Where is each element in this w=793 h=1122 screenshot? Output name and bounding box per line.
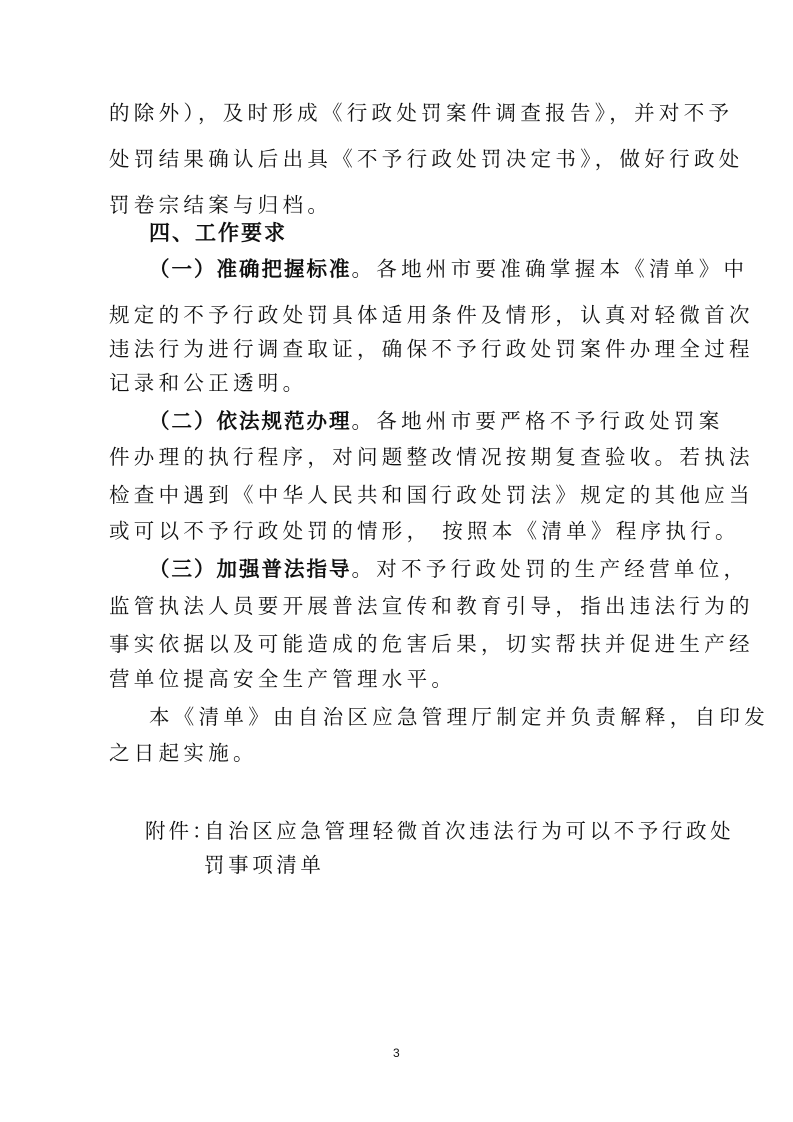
item-3-label: （三）加强普法指导 xyxy=(149,557,352,581)
page-number: 3 xyxy=(393,1046,400,1060)
section-heading: 四、工作要求 xyxy=(149,220,287,246)
attachment-line: 罚事项清单 xyxy=(204,852,325,878)
paragraph-line: 检查中遇到《中华人民共和国行政处罚法》规定的其他应当 xyxy=(109,482,689,508)
paragraph-line: 监管执法人员要开展普法宣传和教育引导，指出违法行为的 xyxy=(109,593,689,619)
paragraph-line: 处罚结果确认后出具《不予行政处罚决定书》，做好行政处 xyxy=(109,146,689,172)
paragraph-line: 记录和公正透明。 xyxy=(109,370,689,396)
paragraph-line: 之日起实施。 xyxy=(109,740,689,766)
item-2-label: （二）依法规范办理 xyxy=(149,409,352,433)
paragraph-line: 或可以不予行政处罚的情形， 按照本《清单》程序执行。 xyxy=(109,518,689,544)
paragraph-line: 规定的不予行政处罚具体适用条件及情形，认真对轻微首次 xyxy=(109,302,689,328)
paragraph-line: 的除外），及时形成《行政处罚案件调查报告》，并对不予 xyxy=(109,100,689,126)
paragraph-line: 罚卷宗结案与归档。 xyxy=(109,192,689,218)
item-1-first-line: （一）准确把握标准。各地州市要准确掌握本《清单》中 xyxy=(149,256,689,282)
item-2-first-line: （二）依法规范办理。各地州市要严格不予行政处罚案 xyxy=(149,408,689,434)
attachment-line: 自治区应急管理轻微首次违法行为可以不予行政处 xyxy=(204,818,734,844)
item-3-first-line: （三）加强普法指导。对不予行政处罚的生产经营单位， xyxy=(149,556,689,582)
item-1-label: （一）准确把握标准 xyxy=(149,257,352,281)
paragraph-line: 营单位提高安全生产管理水平。 xyxy=(109,666,689,692)
paragraph-line: 违法行为进行调查取证，确保不予行政处罚案件办理全过程 xyxy=(109,336,689,362)
paragraph-line: 本《清单》由自治区应急管理厅制定并负责解释，自印发 xyxy=(149,704,689,730)
paragraph-line: 件办理的执行程序，对问题整改情况按期复查验收。若执法 xyxy=(109,444,689,470)
paragraph-line: 事实依据以及可能造成的危害后果，切实帮扶并促进生产经 xyxy=(109,631,689,657)
